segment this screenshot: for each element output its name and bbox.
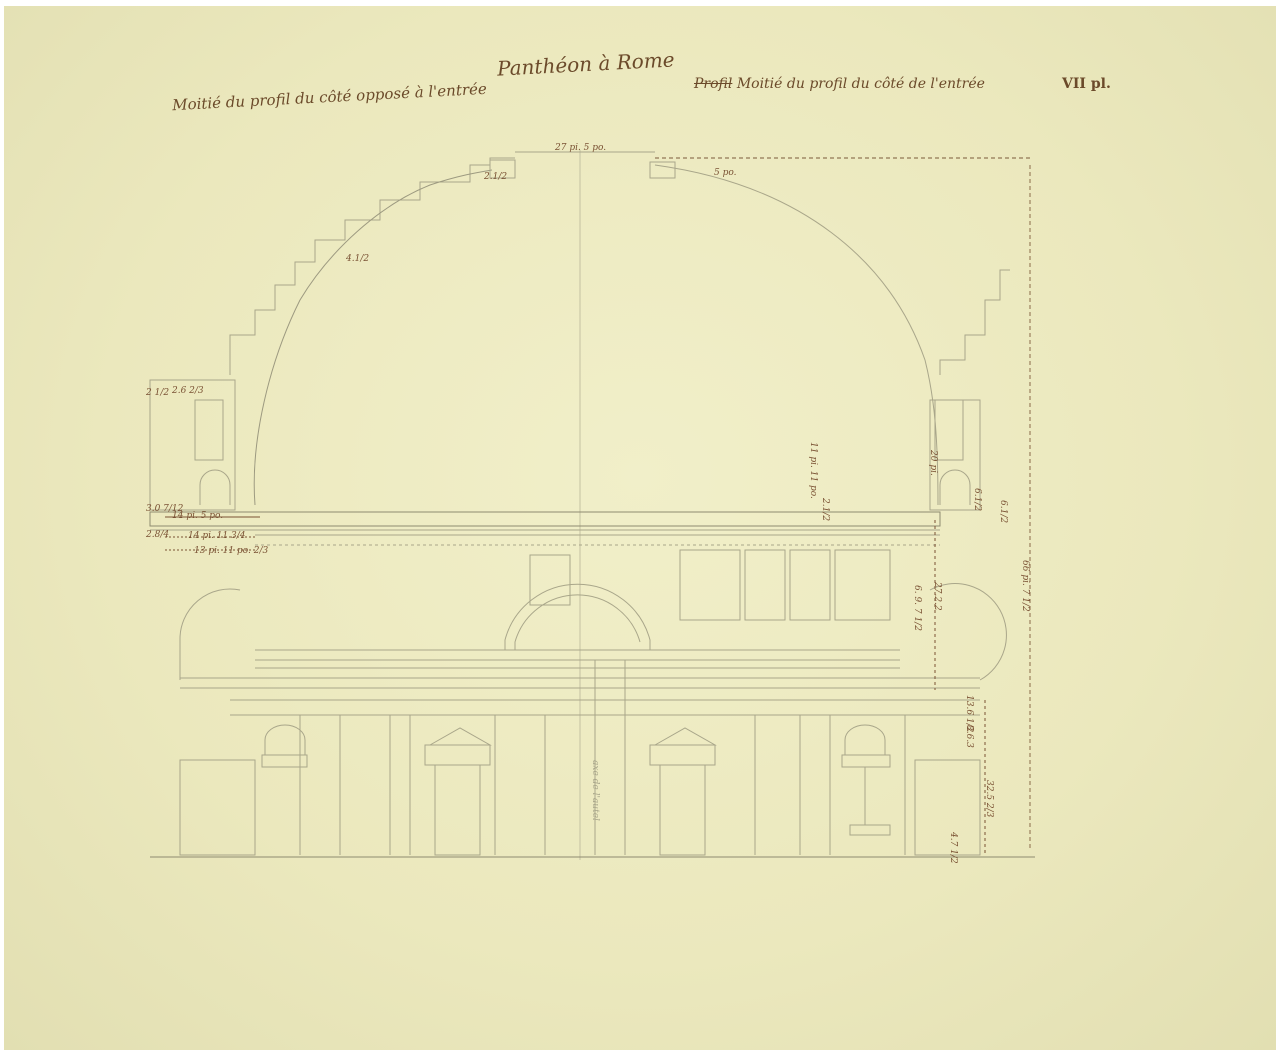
- pantheon-section-drawing: [0, 0, 1280, 1053]
- label-column-axis: axe de l'autel: [590, 760, 600, 821]
- dim-drum-height: 11 pi. 11 po.: [808, 442, 818, 499]
- dim-attic-right-c: 6.1/2: [998, 500, 1008, 523]
- dim-span-3: 13 pi. 11 po. 2/3: [194, 546, 268, 556]
- dim-oculus-right: 5 po.: [714, 168, 736, 178]
- plate-number: VII pl.: [1062, 76, 1111, 92]
- dim-oculus-left: 2.1/2: [484, 172, 507, 182]
- dim-aedicule: 8.6.3: [964, 725, 974, 748]
- dim-total-height: 66 pi. 7 1/2: [1020, 560, 1030, 612]
- dim-base: 4.7 1/2: [948, 832, 958, 864]
- dim-upper-order: 27.2.2: [932, 582, 942, 611]
- right-half-caption: Profil Moitié du profil du côté de l'ent…: [694, 76, 985, 92]
- dim-upper-order-b: 6. 9. 7 1/2: [912, 585, 922, 631]
- dim-lower-order: 32.5 2/3: [984, 780, 994, 817]
- dim-attic-left-a: 2 1/2: [146, 388, 169, 398]
- dim-cornice-2: 2.8/4: [146, 530, 169, 540]
- dim-attic-left-b: 2.6 2/3: [172, 386, 204, 396]
- dim-attic-right: 20 pi.: [928, 450, 938, 476]
- dim-span-2: 14 pi. 11 3/4: [188, 531, 245, 541]
- struck-word: Profil: [694, 76, 732, 92]
- dim-attic-right-b: 6.1/2: [972, 488, 982, 511]
- dim-span-1: 14 pi. 5 po.: [172, 511, 223, 521]
- dim-drum-base: 2.1/2: [820, 498, 830, 521]
- dim-top-span: 27 pi. 5 po.: [555, 143, 606, 153]
- dim-dome-coffer: 4.1/2: [346, 254, 369, 264]
- right-caption-text: Moitié du profil du côté de l'entrée: [737, 76, 985, 92]
